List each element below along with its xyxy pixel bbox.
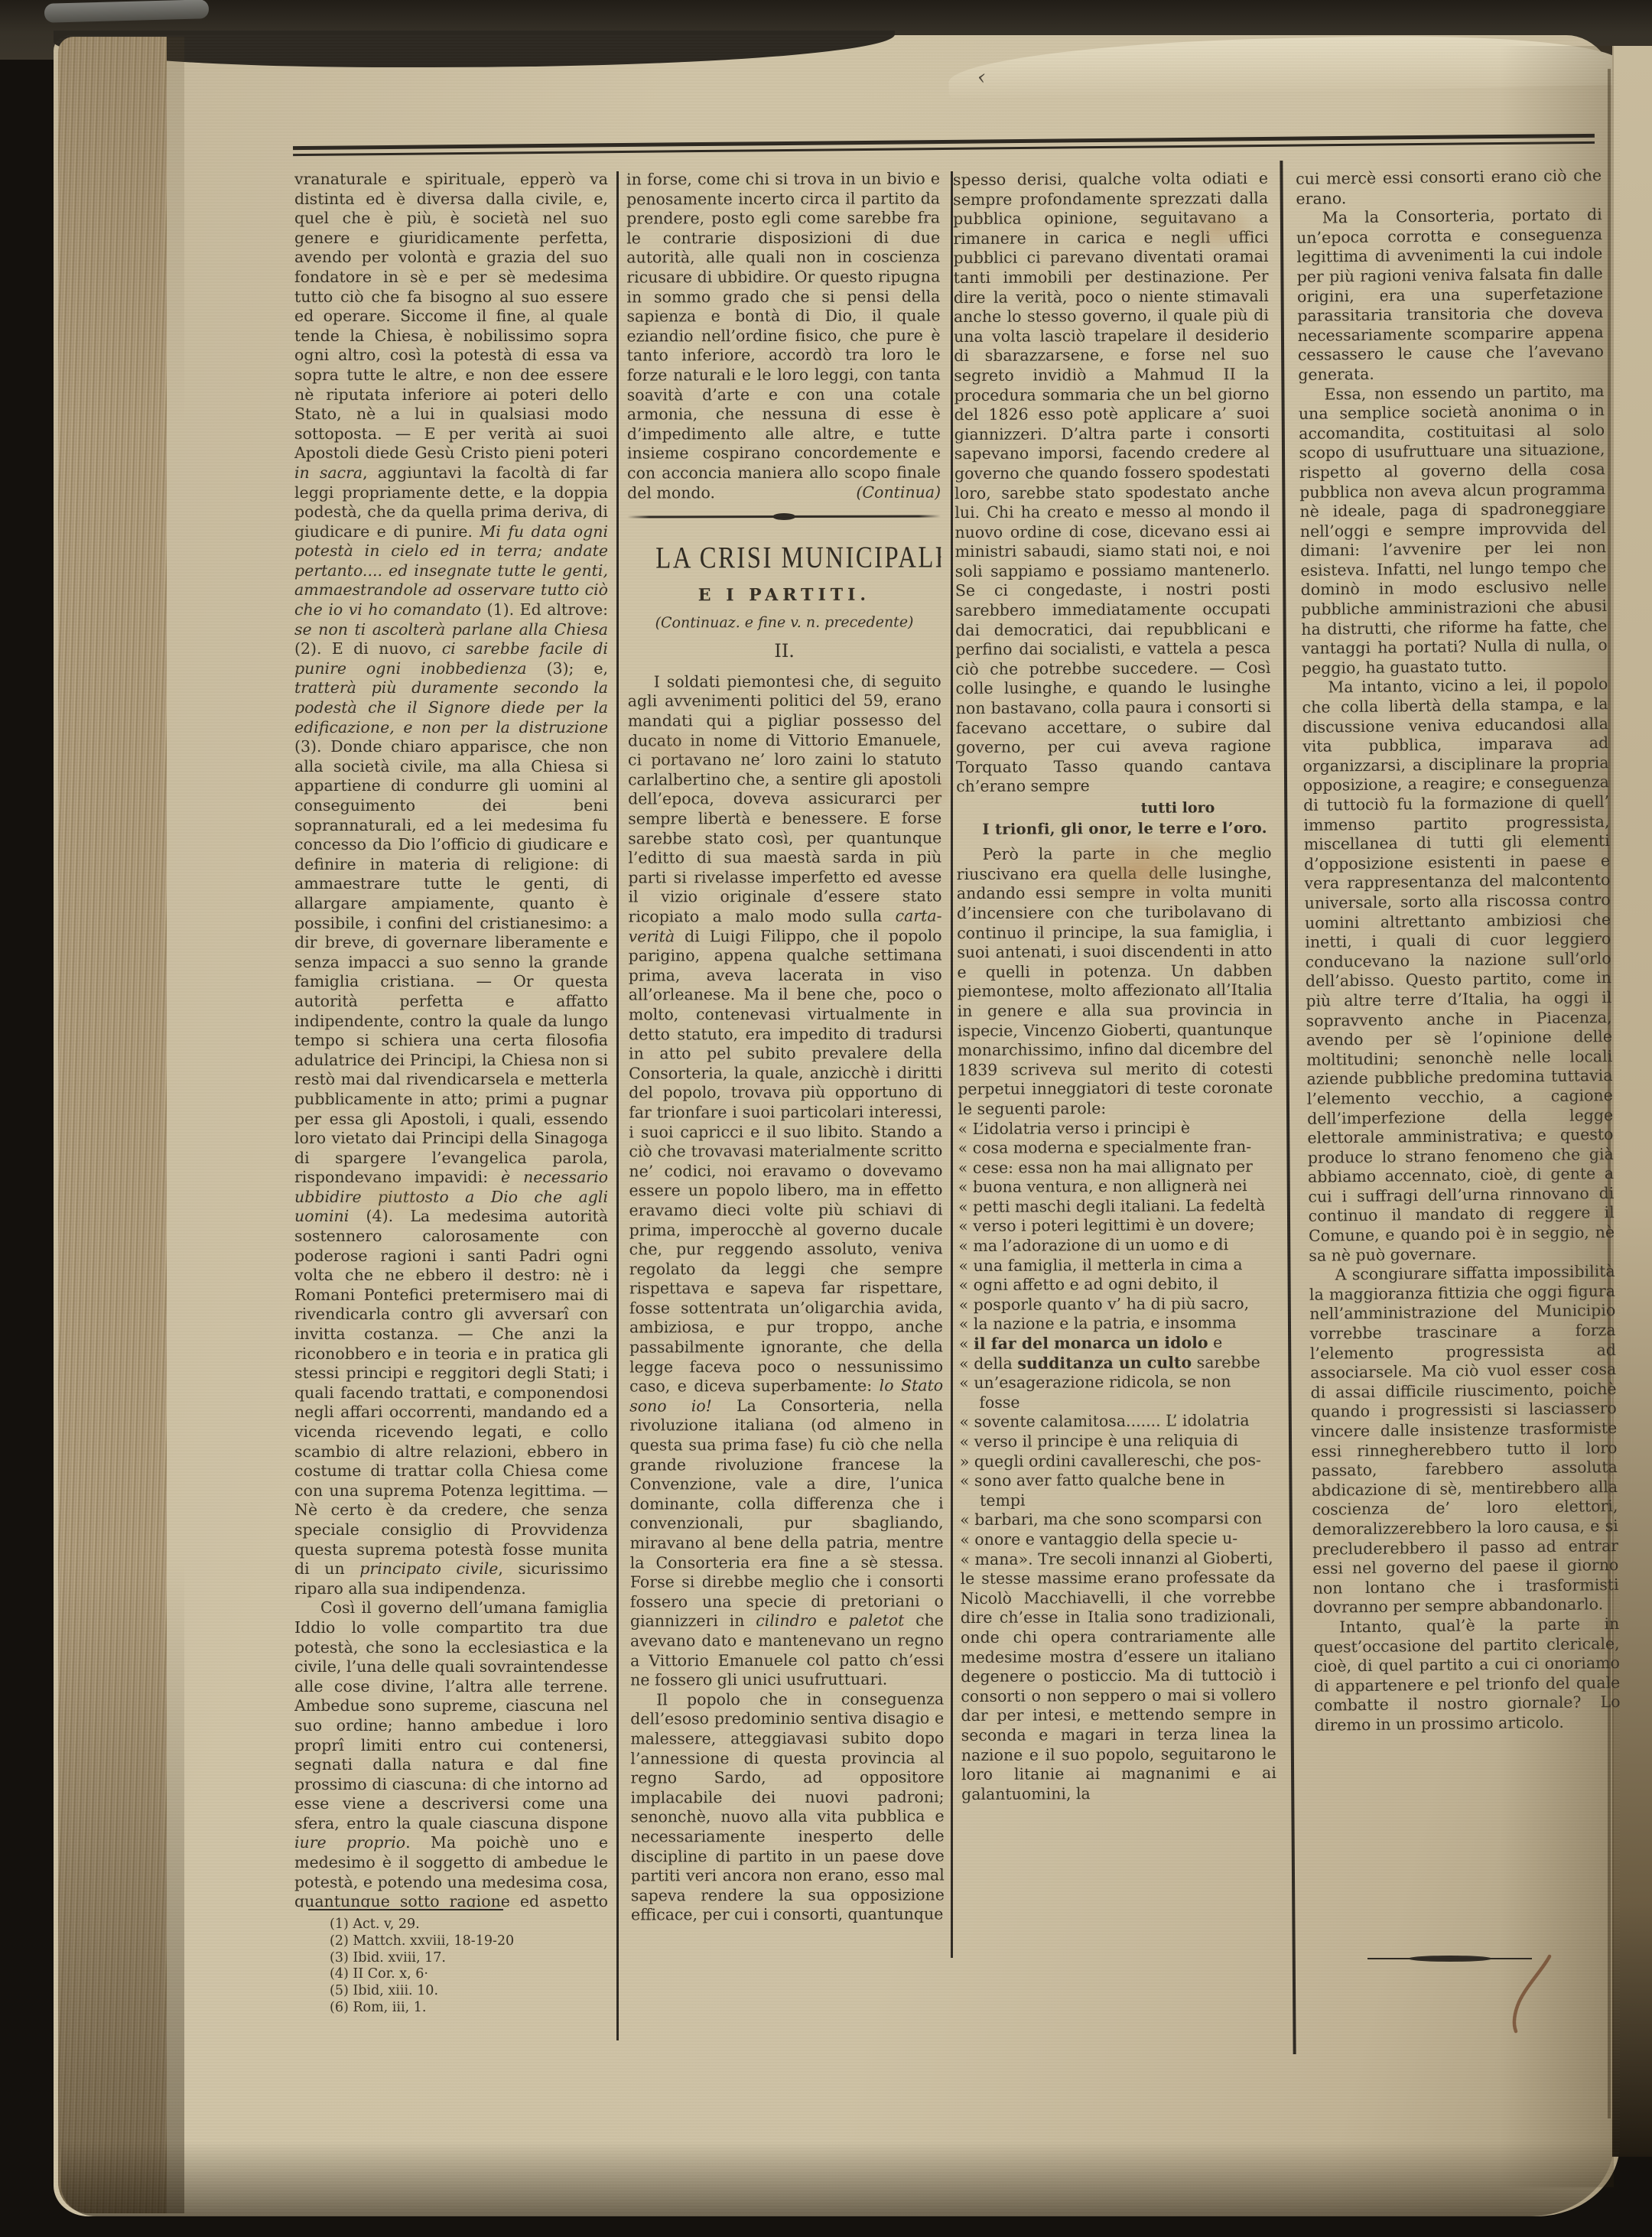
section-divider	[627, 513, 941, 521]
page-bottom-shadow	[61, 2141, 1614, 2216]
body-paragraph: Però la parte in che meglio riuscivano e…	[957, 844, 1273, 1119]
block-quotation: « L’idolatria verso i principi è « cosa …	[958, 1117, 1275, 1569]
quote-line: « un’esagerazione ridicola, se non fosse	[959, 1372, 1274, 1413]
footnote: (5) Ibid, xiii. 10.	[294, 1983, 608, 2000]
quote-line: « una famiglia, il metterla in cima a	[958, 1255, 1273, 1276]
verse-quotation: tutti loro I trionfi, gli onor, le terre…	[956, 798, 1271, 839]
body-paragraph: cui mercè essi consorti erano ciò che er…	[1296, 166, 1602, 209]
body-paragraph: Essa, non essendo un partito, ma una sem…	[1298, 382, 1608, 679]
verse-lead-in: tutti loro	[956, 798, 1271, 820]
body-paragraph: vranaturale e spirituale, epperò va dist…	[294, 170, 608, 1598]
body-paragraph: spesso derisi, qualche volta odiati e se…	[953, 169, 1271, 797]
text-column-1: vranaturale e spirituale, epperò va dist…	[294, 170, 608, 1907]
quote-line: « L’idolatria verso i principi è	[958, 1117, 1273, 1139]
body-paragraph: I soldati piemontesi che, di seguito agl…	[628, 671, 944, 1690]
quote-line: « ogni affetto e ad ogni debito, il	[959, 1274, 1274, 1296]
footnote-rule	[308, 1909, 503, 1910]
verse-line: I trionfi, gli onor, le terre e l’oro.	[956, 818, 1271, 840]
quote-line: « verso i poteri legittimi è un dovere;	[958, 1215, 1273, 1237]
quote-line: « il far del monarca un idolo e	[959, 1333, 1274, 1354]
quote-line: « sovente calamitosa....... L’ idolatria	[959, 1411, 1274, 1432]
quote-line: « ma l’adorazione di un uomo e di	[958, 1235, 1273, 1257]
quote-line: « barbari, ma che sono scomparsi con	[960, 1509, 1275, 1530]
article-title: LA CRISI MUNICIPALE	[655, 540, 912, 576]
article-section-numeral: II.	[628, 642, 941, 662]
quote-line: « verso il principe è una reliquia di	[960, 1431, 1275, 1452]
column-rule-1	[616, 171, 619, 2040]
footnote: (3) Ibid. xviii, 17.	[294, 1950, 608, 1967]
footnotes-block: (1) Act. v, 29. (2) Mattch. xxviii, 18-1…	[294, 1909, 608, 2017]
quote-line: « buona ventura, e non allignerà nei	[958, 1176, 1273, 1198]
text-column-3: spesso derisi, qualche volta odiati e se…	[953, 169, 1277, 1942]
body-paragraph: Intanto, qual’è la parte in quest’occasi…	[1313, 1614, 1621, 1735]
body-paragraph: Il popolo che in conseguenza dell’esoso …	[630, 1689, 945, 1925]
footnote: (4) II Cor. x, 6·	[294, 1966, 608, 1983]
quote-line: « sono aver fatto qualche bene in tempi	[960, 1470, 1275, 1510]
quote-line: « cese: essa non ha mai allignato per	[958, 1157, 1273, 1179]
body-paragraph: A scongiurare siffatta impossibilità la …	[1309, 1262, 1620, 1618]
article-header: LA CRISI MUNICIPALE E I PARTITI. (Contin…	[627, 540, 941, 662]
footnote: (2) Mattch. xxviii, 18-19-20	[294, 1933, 608, 1950]
body-paragraph: le stesse massime erano professate da Ni…	[961, 1568, 1277, 1804]
body-paragraph: in forse, come chi si trova in un bivio …	[626, 169, 941, 502]
quote-line: » quegli ordini cavallereschi, che pos-	[960, 1451, 1275, 1472]
body-paragraph: Ma intanto, vicino a lei, il popolo che …	[1302, 675, 1615, 1266]
quote-line: « della sudditanza un culto sarebbe	[959, 1353, 1274, 1374]
handwritten-mark	[1496, 1952, 1565, 2036]
article-continuation-note: (Continuaz. e fine v. n. precedente)	[627, 613, 941, 633]
quote-line: « mana». Tre secoli innanzi al Gioberti,	[960, 1548, 1275, 1569]
quote-line: « petti maschi degli italiani. La fedelt…	[958, 1196, 1273, 1218]
quote-line: « la nazione e la patria, e insomma	[959, 1313, 1274, 1335]
quote-line: « onore e vantaggio della specie u-	[960, 1529, 1275, 1550]
quote-line: « cosa moderna e specialmente fran-	[958, 1137, 1273, 1159]
quote-line: « posporle quanto v’ ha di più sacro,	[959, 1294, 1274, 1315]
body-paragraph: Così il governo dell’umana famiglia Iddi…	[294, 1598, 608, 1907]
scanned-newspaper-page: ‹ vranaturale e spirituale, epperò va di…	[0, 0, 1652, 2237]
text-column-2: in forse, come chi si trova in un bivio …	[626, 169, 945, 1941]
fore-edge-shading	[58, 37, 184, 2213]
body-paragraph: Ma la Consorteria, portato di un’epoca c…	[1296, 205, 1605, 385]
text-column-4: cui mercè essi consorti erano ciò che er…	[1296, 166, 1623, 1929]
footnote: (1) Act. v, 29.	[294, 1917, 608, 1933]
column-rule-2	[951, 171, 953, 1958]
footnote: (6) Rom, iii, 1.	[294, 2000, 608, 2017]
article-subtitle: E I PARTITI.	[627, 586, 941, 606]
